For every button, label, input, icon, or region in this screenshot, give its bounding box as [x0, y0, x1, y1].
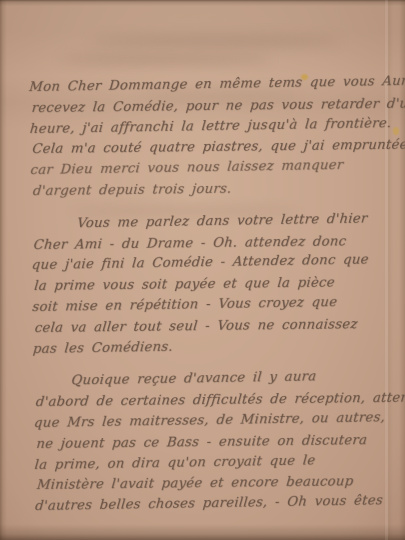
letter-photograph: Mon Cher Dommange en même tems que vous … [0, 0, 405, 540]
paper-stain [393, 127, 399, 135]
paragraph-3: Quoique reçue d'avance il y aura d'abord… [32, 367, 396, 518]
ink-bleed-smudge [60, 55, 270, 64]
paragraph-1: Mon Cher Dommange en même tems que vous … [28, 73, 392, 203]
handwritten-line: d'argent depuis trois jours. [32, 178, 394, 203]
handwritten-text: Mon Cher Dommange en même tems que vous … [28, 73, 396, 518]
paragraph-2: Vous me parlez dans votre lettre d'hier … [30, 210, 394, 361]
ink-bleed-smudge [90, 36, 340, 46]
